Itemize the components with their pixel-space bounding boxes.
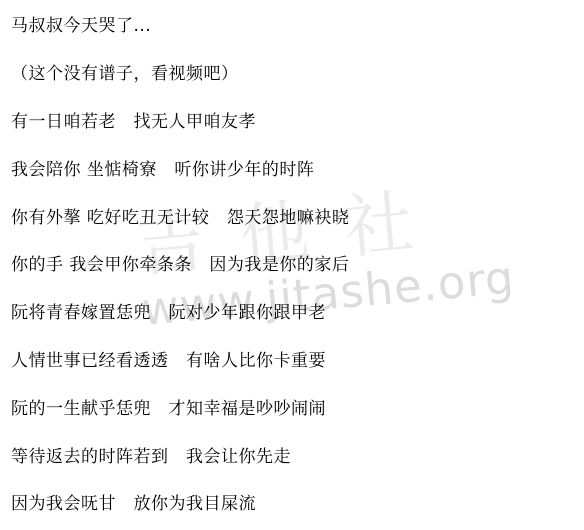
lyric-line-9: 因为我会呒甘 放你为我目屎流 bbox=[11, 478, 584, 526]
lyric-line-1: 有一日咱若老 找无人甲咱友孝 bbox=[11, 96, 584, 144]
lyric-line-7: 阮的一生献乎恁兜 才知幸福是吵吵闹闹 bbox=[11, 382, 584, 430]
title-line: 马叔叔今天哭了... bbox=[11, 0, 584, 48]
lyric-line-8: 等待返去的时阵若到 我会让你先走 bbox=[11, 430, 584, 478]
lyric-line-4: 你的手 我会甲你牵条条 因为我是你的家后 bbox=[11, 239, 584, 287]
lyrics-page: 吉他社 www.jitashe.org 马叔叔今天哭了... （这个没有谱子，看… bbox=[0, 0, 584, 530]
lyric-line-6: 人情世事已经看透透 有啥人比你卡重要 bbox=[11, 335, 584, 383]
lyric-line-2: 我会陪你 坐惦椅寮 听你讲少年的时阵 bbox=[11, 143, 584, 191]
note-line: （这个没有谱子，看视频吧） bbox=[11, 48, 584, 96]
lyrics-content: 马叔叔今天哭了... （这个没有谱子，看视频吧） 有一日咱若老 找无人甲咱友孝 … bbox=[0, 0, 584, 526]
lyric-line-3: 你有外摮 吃好吃丑无计较 怨天怨地嘛袂晓 bbox=[11, 191, 584, 239]
lyric-line-5: 阮将青春嫁置恁兜 阮对少年跟你跟甲老 bbox=[11, 287, 584, 335]
